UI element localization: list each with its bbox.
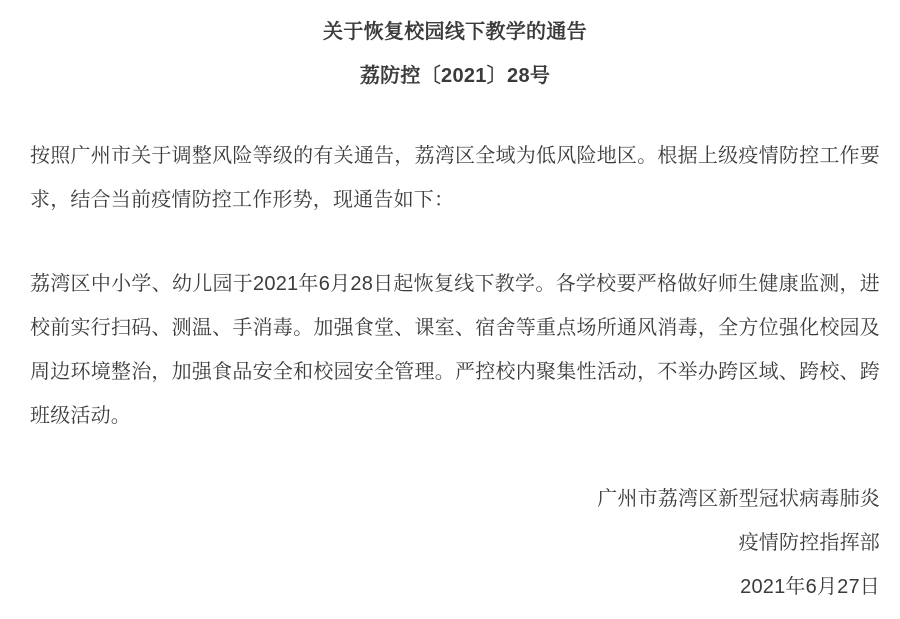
- paragraph-main: 荔湾区中小学、幼儿园于2021年6月28日起恢复线下教学。各学校要严格做好师生健…: [30, 262, 880, 438]
- signature-org-line-2: 疫情防控指挥部: [30, 521, 880, 565]
- notice-title: 关于恢复校园线下教学的通告: [30, 10, 880, 54]
- signature-org-line-1: 广州市荔湾区新型冠状病毒肺炎: [30, 477, 880, 521]
- doc-number: 荔防控〔2021〕28号: [30, 54, 880, 98]
- signature-date: 2021年6月27日: [30, 565, 880, 609]
- paragraph-intro: 按照广州市关于调整风险等级的有关通告，荔湾区全域为低风险地区。根据上级疫情防控工…: [30, 134, 880, 222]
- notice-document: 关于恢复校园线下教学的通告 荔防控〔2021〕28号 按照广州市关于调整风险等级…: [0, 0, 900, 609]
- signature-block: 广州市荔湾区新型冠状病毒肺炎 疫情防控指挥部 2021年6月27日: [30, 477, 880, 609]
